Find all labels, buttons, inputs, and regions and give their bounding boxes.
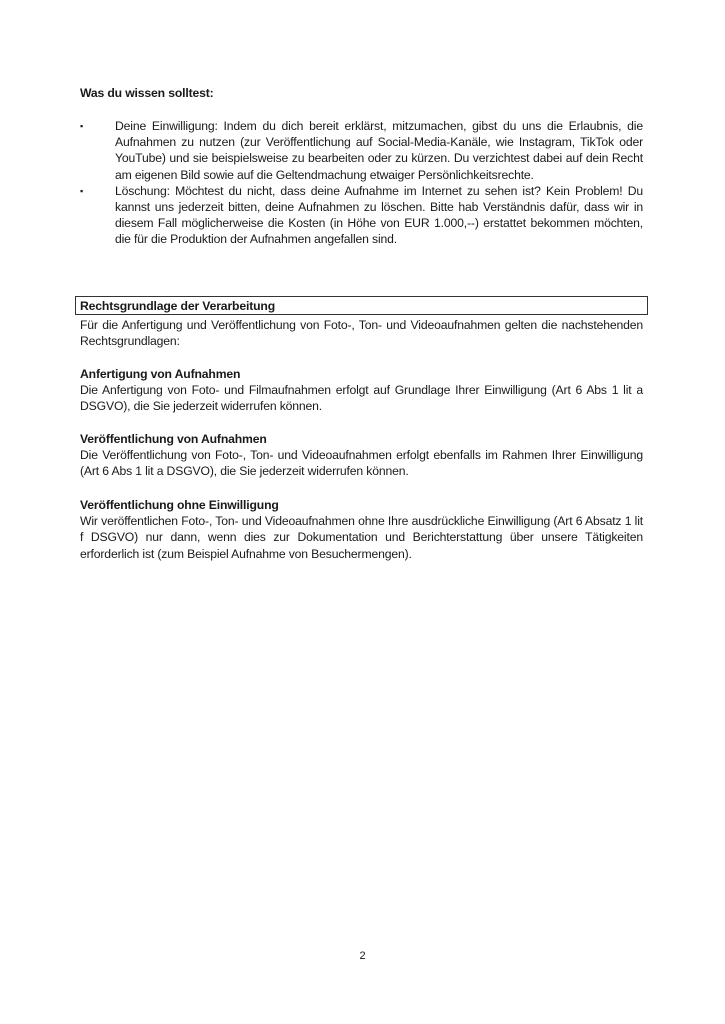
legal-basis-intro: Für die Anfertigung und Veröffentlichung… xyxy=(80,317,643,349)
section-recording: Anfertigung von Aufnahmen Die Anfertigun… xyxy=(80,366,643,415)
page-number: 2 xyxy=(0,950,725,962)
section-body: Die Veröffentlichung von Foto-, Ton- und… xyxy=(80,447,643,479)
section-body: Wir veröffentlichen Foto-, Ton- und Vide… xyxy=(80,513,643,562)
intro-heading: Was du wissen solltest: xyxy=(80,85,214,101)
bullet-text: Löschung: Möchtest du nicht, dass deine … xyxy=(115,184,643,247)
bullet-item-consent: ▪ Deine Einwilligung: Indem du dich bere… xyxy=(80,118,643,183)
bullet-text: Deine Einwilligung: Indem du dich bereit… xyxy=(115,119,643,182)
bullet-item-deletion: ▪ Löschung: Möchtest du nicht, dass dein… xyxy=(80,183,643,248)
section-heading: Veröffentlichung von Aufnahmen xyxy=(80,431,643,447)
section-publication: Veröffentlichung von Aufnahmen Die Veröf… xyxy=(80,431,643,480)
bullet-marker-icon: ▪ xyxy=(80,118,92,134)
info-bullet-list: ▪ Deine Einwilligung: Indem du dich bere… xyxy=(80,118,643,248)
section-publication-without-consent: Veröffentlichung ohne Einwilligung Wir v… xyxy=(80,497,643,562)
document-page: Was du wissen solltest: ▪ Deine Einwilli… xyxy=(0,0,725,1024)
legal-basis-title-box: Rechtsgrundlage der Verarbeitung xyxy=(75,296,648,315)
section-heading: Veröffentlichung ohne Einwilligung xyxy=(80,497,643,513)
legal-basis-title: Rechtsgrundlage der Verarbeitung xyxy=(80,298,275,314)
bullet-marker-icon: ▪ xyxy=(80,183,92,199)
section-body: Die Anfertigung von Foto- und Filmaufnah… xyxy=(80,382,643,414)
section-heading: Anfertigung von Aufnahmen xyxy=(80,366,643,382)
